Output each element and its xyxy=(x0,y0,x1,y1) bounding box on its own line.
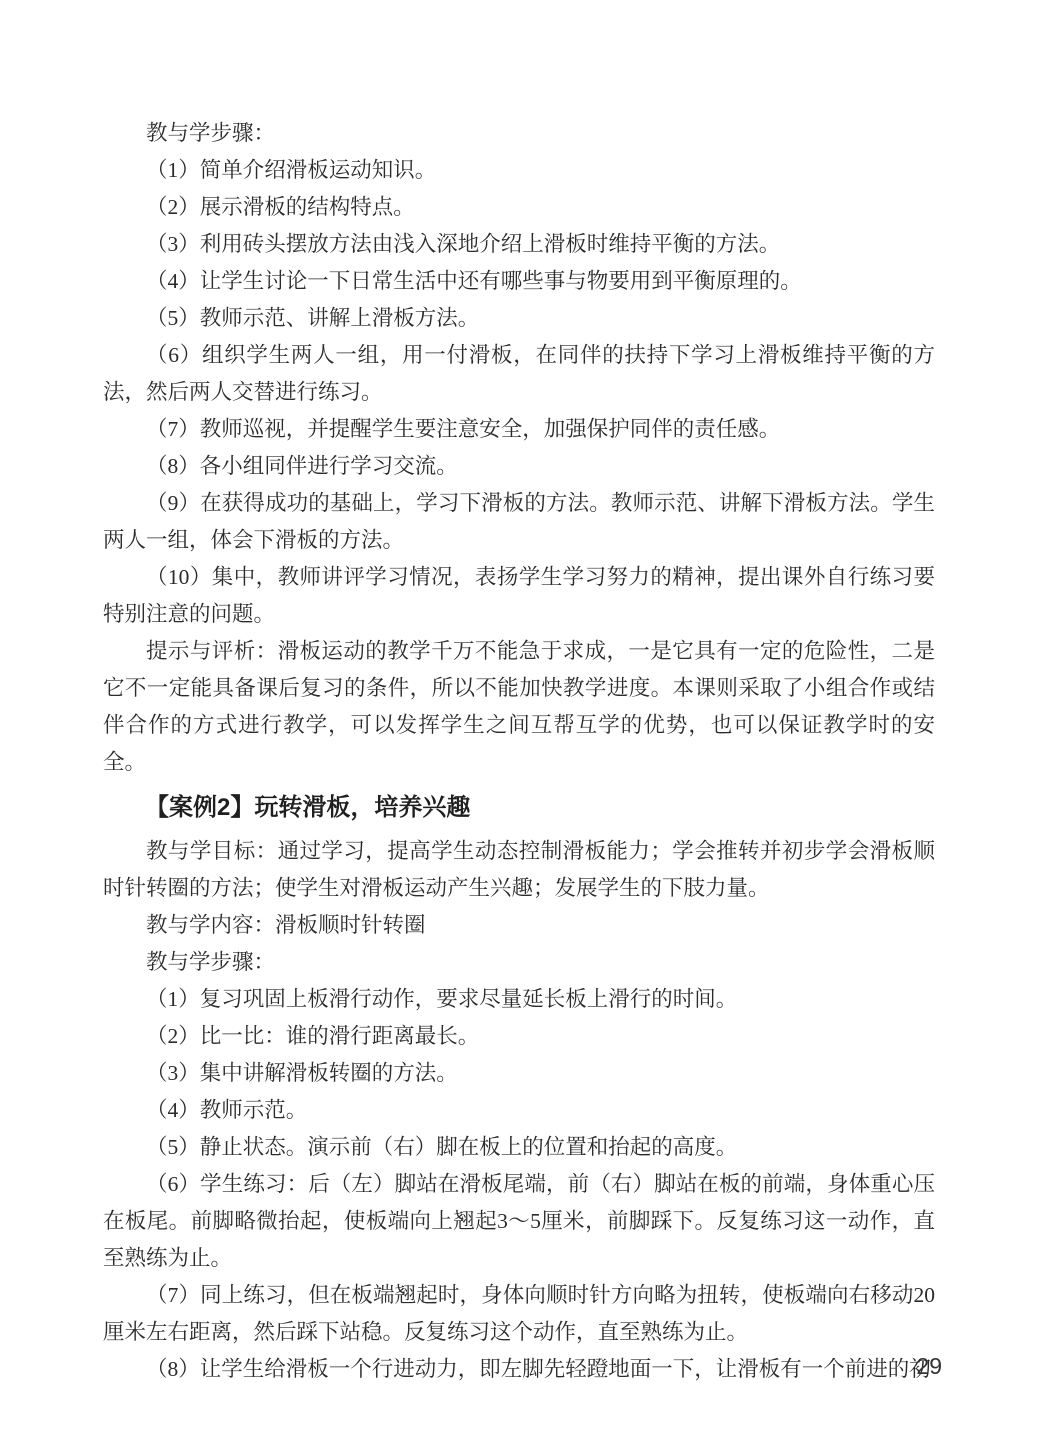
step-1: （1）简单介绍滑板运动知识。 xyxy=(103,152,935,189)
case2-step-2: （2）比一比：谁的滑行距离最长。 xyxy=(103,1018,935,1055)
case2-step-6: （6）学生练习：后（左）脚站在滑板尾端，前（右）脚站在板的前端，身体重心压在板尾… xyxy=(103,1166,935,1277)
case2-step-7: （7）同上练习，但在板端翘起时，身体向顺时针方向略为扭转，使板端向右移动20厘米… xyxy=(103,1277,935,1351)
step-5: （5）教师示范、讲解上滑板方法。 xyxy=(103,300,935,337)
steps-label-2: 教与学步骤： xyxy=(103,944,935,981)
case2-heading: 【案例2】玩转滑板，培养兴趣 xyxy=(103,793,935,823)
step-7: （7）教师巡视，并提醒学生要注意安全，加强保护同伴的责任感。 xyxy=(103,411,935,448)
step-8: （8）各小组同伴进行学习交流。 xyxy=(103,448,935,485)
steps-label-1: 教与学步骤： xyxy=(103,115,935,152)
teaching-content: 教与学内容：滑板顺时针转圈 xyxy=(103,907,935,944)
case2-step-8: （8）让学生给滑板一个行进动力，即左脚先轻蹬地面一下，让滑板有一个前进的初 xyxy=(103,1351,935,1388)
tips-analysis: 提示与评析：滑板运动的教学千万不能急于求成，一是它具有一定的危险性，二是它不一定… xyxy=(103,633,935,781)
step-2: （2）展示滑板的结构特点。 xyxy=(103,189,935,226)
step-9: （9）在获得成功的基础上，学习下滑板的方法。教师示范、讲解下滑板方法。学生两人一… xyxy=(103,485,935,559)
teaching-goal: 教与学目标：通过学习，提高学生动态控制滑板能力；学会推转并初步学会滑板顺时针转圈… xyxy=(103,833,935,907)
case2-step-3: （3）集中讲解滑板转圈的方法。 xyxy=(103,1055,935,1092)
step-4: （4）让学生讨论一下日常生活中还有哪些事与物要用到平衡原理的。 xyxy=(103,263,935,300)
case2-step-4: （4）教师示范。 xyxy=(103,1092,935,1129)
case2-step-1: （1）复习巩固上板滑行动作，要求尽量延长板上滑行的时间。 xyxy=(103,981,935,1018)
step-10: （10）集中，教师讲评学习情况，表扬学生学习努力的精神，提出课外自行练习要特别注… xyxy=(103,559,935,633)
body-text: 教与学步骤： （1）简单介绍滑板运动知识。 （2）展示滑板的结构特点。 （3）利… xyxy=(103,115,935,1388)
step-6: （6）组织学生两人一组，用一付滑板，在同伴的扶持下学习上滑板维持平衡的方法，然后… xyxy=(103,337,935,411)
step-3: （3）利用砖头摆放方法由浅入深地介绍上滑板时维持平衡的方法。 xyxy=(103,226,935,263)
page-number: 29 xyxy=(916,1353,942,1380)
case2-step-5: （5）静止状态。演示前（右）脚在板上的位置和抬起的高度。 xyxy=(103,1129,935,1166)
